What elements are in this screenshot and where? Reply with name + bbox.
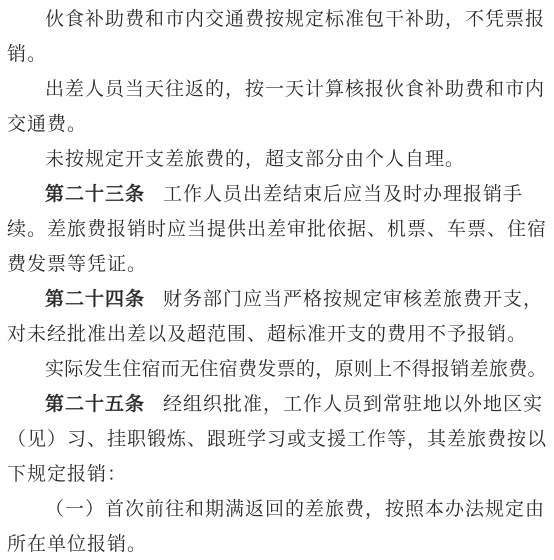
text-line: （一）首次前往和期满返回的差旅费，按照本办法规定由: [7, 492, 547, 527]
paragraph: 实际发生住宿而无住宿费发票的，原则上不得报销差旅费。: [7, 352, 547, 387]
article-number: 第二十五条: [45, 394, 145, 415]
article-number: 第二十三条: [45, 184, 145, 205]
article-number: 第二十四条: [45, 289, 145, 310]
paragraph: 第二十三条工作人员出差结束后应当及时办理报销手续。差旅费报销时应当提供出差审批依…: [7, 177, 547, 282]
text-line: 费发票等凭证。: [7, 247, 547, 282]
text-line: 续。差旅费报销时应当提供出差审批依据、机票、车票、住宿: [7, 212, 547, 247]
paragraph: （一）首次前往和期满返回的差旅费，按照本办法规定由所在单位报销。: [7, 492, 547, 560]
text-line: 交通费。: [7, 107, 547, 142]
paragraph: 第二十四条财务部门应当严格按规定审核差旅费开支，对未经批准出差以及超范围、超标准…: [7, 282, 547, 352]
text-line: 第二十五条经组织批准，工作人员到常驻地以外地区实: [7, 387, 547, 422]
text-line: 所在单位报销。: [7, 527, 547, 560]
text-line: 未按规定开支差旅费的，超支部分由个人自理。: [7, 142, 547, 177]
text-line: 出差人员当天往返的，按一天计算核报伙食补助费和市内: [7, 72, 547, 107]
document-body: 伙食补助费和市内交通费按规定标准包干补助，不凭票报销。出差人员当天往返的，按一天…: [7, 2, 547, 560]
paragraph: 出差人员当天往返的，按一天计算核报伙食补助费和市内交通费。: [7, 72, 547, 142]
paragraph: 第二十五条经组织批准，工作人员到常驻地以外地区实（见）习、挂职锻炼、跟班学习或支…: [7, 387, 547, 492]
text-line: 销。: [7, 37, 547, 72]
paragraph: 伙食补助费和市内交通费按规定标准包干补助，不凭票报销。: [7, 2, 547, 72]
document-page: 伙食补助费和市内交通费按规定标准包干补助，不凭票报销。出差人员当天往返的，按一天…: [0, 0, 554, 560]
paragraph: 未按规定开支差旅费的，超支部分由个人自理。: [7, 142, 547, 177]
text-line: 第二十三条工作人员出差结束后应当及时办理报销手: [7, 177, 547, 212]
text-line: 实际发生住宿而无住宿费发票的，原则上不得报销差旅费。: [7, 352, 547, 387]
text-line: 下规定报销：: [7, 457, 547, 492]
text-run: 经组织批准，工作人员到常驻地以外地区实: [163, 394, 543, 415]
text-line: 第二十四条财务部门应当严格按规定审核差旅费开支，: [7, 282, 547, 317]
text-line: 伙食补助费和市内交通费按规定标准包干补助，不凭票报: [7, 2, 547, 37]
text-line: （见）习、挂职锻炼、跟班学习或支援工作等，其差旅费按以: [7, 422, 547, 457]
text-line: 对未经批准出差以及超范围、超标准开支的费用不予报销。: [7, 317, 547, 352]
text-run: 工作人员出差结束后应当及时办理报销手: [163, 184, 523, 205]
text-run: 财务部门应当严格按规定审核差旅费开支，: [163, 289, 543, 310]
